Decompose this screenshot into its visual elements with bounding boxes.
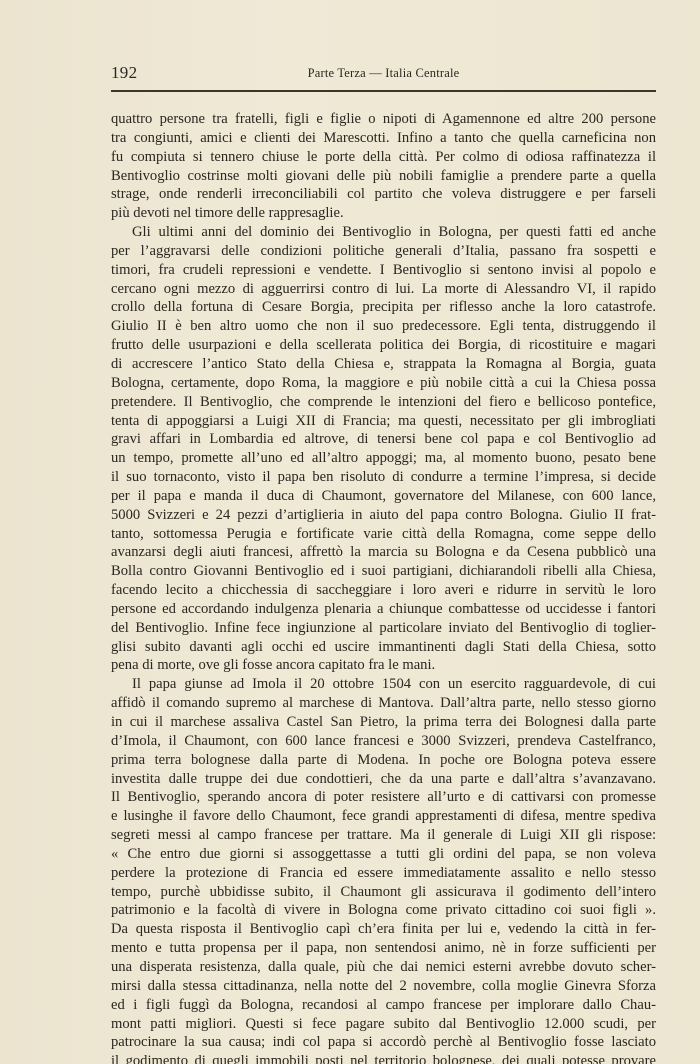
header-rule [111, 90, 656, 92]
running-title: Parte Terza — Italia Centrale [111, 66, 656, 81]
text-line: per il papa e manda il duca di Chaumont,… [111, 487, 656, 506]
text-line: patrocinare la sua causa; indi col papa … [111, 1033, 656, 1052]
text-line: facendo lecito a chicchessia di sacchegg… [111, 581, 656, 600]
text-line: di accrescere l’antico Stato della Chies… [111, 355, 656, 374]
text-line: Da questa risposta il Bentivoglio capì c… [111, 920, 656, 939]
body-text: quattro persone tra fratelli, figli e fi… [111, 110, 656, 1064]
text-line: investita dalle truppe dei due condottie… [111, 770, 656, 789]
text-line: più devoti nel timore delle rappresaglie… [111, 204, 656, 223]
text-line: segreti messi al campo francese per trat… [111, 826, 656, 845]
text-line: tempo, purchè ubbidisse subito, il Chaum… [111, 883, 656, 902]
text-line: per l’aggravarsi delle condizioni politi… [111, 242, 656, 261]
text-line: mirsi dalla stessa cittadinanza, nella n… [111, 977, 656, 996]
text-line: patrimonio e la facoltà di vivere in Bol… [111, 901, 656, 920]
text-line: ed i figli fuggì da Bologna, recandosi a… [111, 996, 656, 1015]
text-line: il godimento di quegli immobili posti ne… [111, 1052, 656, 1064]
text-line: frutto delle usurpazioni e della sceller… [111, 336, 656, 355]
text-line: timori, fra crudeli repressioni e vendet… [111, 261, 656, 280]
text-line: tra congiunti, amici e clienti dei Mares… [111, 129, 656, 148]
text-line: e lusinghe il favore dello Chaumont, fec… [111, 807, 656, 826]
text-line: gravi affari in Lombardia ed altrove, di… [111, 430, 656, 449]
paragraph-start-line: Il papa giunse ad Imola il 20 ottobre 15… [111, 675, 656, 694]
text-line: « Che entro due giorni si assoggettasse … [111, 845, 656, 864]
text-line: Bolla contro Giovanni Bentivoglio ed i s… [111, 562, 656, 581]
text-line: tenta di appoggiarsi a Luigi XII di Fran… [111, 412, 656, 431]
text-line: del Bentivoglio. Infine fece ingiunzione… [111, 619, 656, 638]
text-line: il suo tornaconto, visto il papa ben ris… [111, 468, 656, 487]
text-line: Il Bentivoglio, sperando ancora di poter… [111, 788, 656, 807]
paragraph-start-line: Gli ultimi anni del dominio dei Bentivog… [111, 223, 656, 242]
text-line: persone ed accordando indulgenza plenari… [111, 600, 656, 619]
text-line: 5000 Svizzeri e 24 pezzi d’artiglieria i… [111, 506, 656, 525]
text-line: perdere la protezione di Francia ed esse… [111, 864, 656, 883]
text-line: crollo della fortuna di Cesare Borgia, p… [111, 298, 656, 317]
text-line: d’Imola, il Chaumont, con 600 lance fran… [111, 732, 656, 751]
text-line: prima terra bolognese dalla parte di Mod… [111, 751, 656, 770]
text-line: in cui il marchese assaliva Castel San P… [111, 713, 656, 732]
text-line: mento e tutta propensa per il papa, non … [111, 939, 656, 958]
text-line: Bologna, certamente, dopo Roma, la maggi… [111, 374, 656, 393]
text-line: fu compiuta si tennero chiuse le porte d… [111, 148, 656, 167]
text-line: mont patti migliori. Questi si fece paga… [111, 1015, 656, 1034]
running-head: 192 Parte Terza — Italia Centrale [111, 60, 656, 86]
text-line: pretendere. Il Bentivoglio, che comprend… [111, 393, 656, 412]
text-line: cercano ogni mezzo di agguerrirsi contro… [111, 280, 656, 299]
text-line: Bentivoglio costrinse molti giovani dell… [111, 167, 656, 186]
text-line: una disperata resistenza, dalla quale, p… [111, 958, 656, 977]
text-line: avanzarsi degli aiuti francesi, affrettò… [111, 543, 656, 562]
text-line: affidò il comando supremo al marchese di… [111, 694, 656, 713]
text-line: quattro persone tra fratelli, figli e fi… [111, 110, 656, 129]
book-page: 192 Parte Terza — Italia Centrale quattr… [111, 60, 656, 86]
text-line: strage, onde renderli irreconciliabili c… [111, 185, 656, 204]
text-line: un tempo, promette all’uno ed all’altro … [111, 449, 656, 468]
text-line: Giulio II è ben altro uomo che non il su… [111, 317, 656, 336]
text-line: pena di morte, ove gli fosse ancora capi… [111, 656, 656, 675]
text-line: tanto, sottomessa Perugia e fortificate … [111, 525, 656, 544]
text-line: glisi subito davanti agli occhi ed uscir… [111, 638, 656, 657]
